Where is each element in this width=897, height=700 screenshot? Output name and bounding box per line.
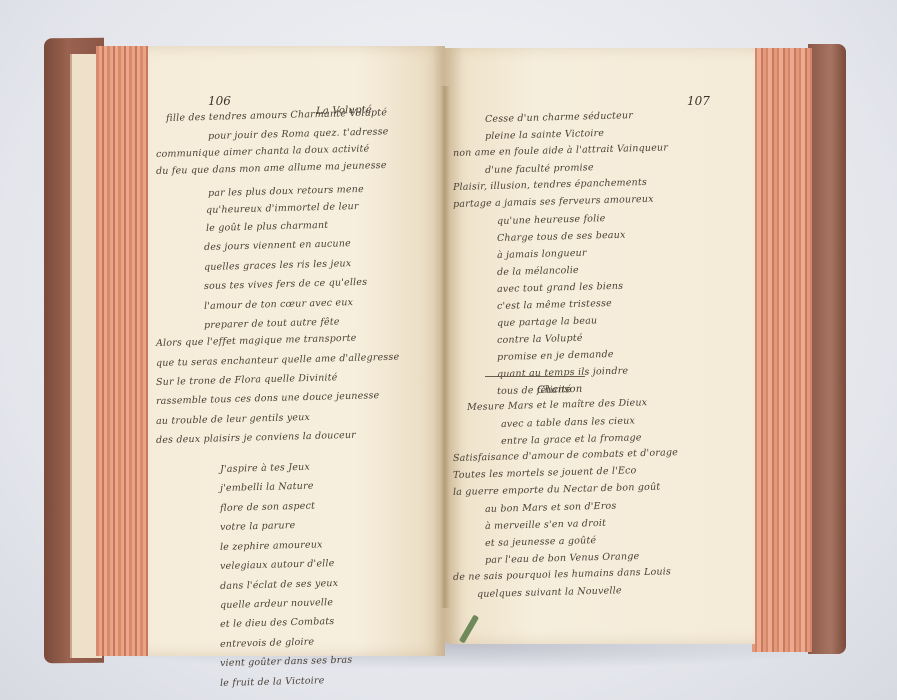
handwritten-line: quant au temps ils joindre xyxy=(497,366,629,380)
handwritten-line: à jamais longueur xyxy=(497,248,587,261)
handwritten-line: rassemble tous ces dons une douce jeunes… xyxy=(156,390,380,407)
red-page-edges-left xyxy=(96,46,148,656)
handwritten-line: par l'eau de bon Venus Orange xyxy=(485,551,640,566)
handwritten-line: qu'une heureuse folie xyxy=(497,213,606,227)
handwritten-line: sous tes vives fers de ce qu'elles xyxy=(204,277,368,292)
handwritten-line: dans l'éclat de ses yeux xyxy=(220,578,339,592)
handwritten-line: quelques suivant la Nouvelle xyxy=(477,585,622,600)
handwritten-line: par les plus doux retours mene xyxy=(208,184,364,199)
left-page: 106 La Volupté fille des tendres amours … xyxy=(148,46,445,656)
handwritten-line: au bon Mars et son d'Eros xyxy=(485,501,617,515)
handwritten-line: que tu seras enchanteur quelle ame d'all… xyxy=(156,352,400,369)
page-number: 106 xyxy=(208,94,231,108)
handwritten-line: pour jouir des Roma quez. t'adresse xyxy=(208,126,389,142)
handwritten-line: communique aimer chanta la doux activité xyxy=(156,143,370,160)
handwritten-line: votre la parure xyxy=(220,520,296,533)
handwritten-line: entre la grace et la fromage xyxy=(501,432,642,447)
handwritten-line: promise en je demande xyxy=(497,349,614,363)
handwritten-line: l'amour de ton cœur avec eux xyxy=(204,297,353,312)
handwritten-line: qu'heureux d'immortel de leur xyxy=(206,201,359,216)
red-page-edges-right xyxy=(752,48,812,652)
handwritten-line: quelles graces les ris les jeux xyxy=(204,258,352,273)
right-page: 107 Cesse d'un charme séducteurpleine la… xyxy=(445,48,755,644)
handwritten-line: de la mélancolie xyxy=(497,265,579,278)
handwritten-line: et sa jeunesse a goûté xyxy=(485,535,597,549)
handwritten-line: Plaisir, illusion, tendres épanchements xyxy=(453,177,647,193)
handwritten-line: pleine la sainte Victoire xyxy=(485,128,604,142)
handwritten-line: des jours viennent en aucune xyxy=(204,238,351,253)
handwritten-line: au trouble de leur gentils yeux xyxy=(156,412,310,427)
handwritten-line: preparer de tout autre fête xyxy=(204,316,340,331)
handwritten-line: des deux plaisirs je conviens la douceur xyxy=(156,430,356,446)
handwritten-line: le goût le plus charmant xyxy=(206,220,329,234)
handwritten-line: à merveille s'en va droit xyxy=(485,518,606,532)
handwritten-line: Alors que l'effet magique me transporte xyxy=(156,333,357,349)
divider xyxy=(485,376,585,377)
handwritten-line: velegiaux autour d'elle xyxy=(220,558,335,572)
handwritten-line: Charge tous de ses beaux xyxy=(497,230,626,244)
handwritten-line: quelle ardeur nouvelle xyxy=(220,597,333,611)
handwritten-line: d'une faculté promise xyxy=(485,162,594,176)
handwritten-line: le zephire amoureux xyxy=(220,539,323,553)
handwritten-line: que partage la beau xyxy=(497,315,598,329)
handwritten-line: non ame en foule aide à l'attrait Vainqu… xyxy=(453,142,668,159)
handwritten-line: flore de son aspect xyxy=(220,501,315,514)
leather-cover-right xyxy=(808,44,846,654)
handwritten-line: Satisfaisance d'amour de combats et d'or… xyxy=(453,447,678,464)
handwritten-line: la guerre emporte du Nectar de bon goût xyxy=(453,482,661,498)
handwritten-line: avec tout grand les biens xyxy=(497,281,624,295)
handwritten-line: c'est la même tristesse xyxy=(497,298,612,312)
handwritten-line: du feu que dans mon ame allume ma jeunes… xyxy=(156,160,387,177)
handwritten-line: Cesse d'un charme séducteur xyxy=(485,110,633,125)
chanson-title: Chanson xyxy=(537,384,583,396)
handwritten-line: Toutes les mortels se jouent de l'Eco xyxy=(453,465,637,481)
handwritten-line: fille des tendres amours Charmante Volup… xyxy=(166,107,387,124)
handwritten-line: et le dieu des Combats xyxy=(220,616,335,630)
handwritten-line: j'embelli la Nature xyxy=(220,481,314,494)
handwritten-line: partage a jamais ses ferveurs amoureux xyxy=(453,194,654,210)
handwritten-line: avec a table dans les cieux xyxy=(501,415,635,430)
handwritten-line: de ne sais pourquoi les humains dans Lou… xyxy=(453,566,671,583)
handwritten-line: J'aspire à tes Jeux xyxy=(220,462,310,475)
handwritten-line: Mesure Mars et le maître des Dieux xyxy=(467,397,648,413)
handwritten-line: contre la Volupté xyxy=(497,333,583,346)
handwritten-line: entrevois de gloire xyxy=(220,637,315,650)
handwritten-line: Sur le trone de Flora quelle Divinité xyxy=(156,372,338,388)
page-number: 107 xyxy=(687,94,710,108)
gutter xyxy=(440,86,450,608)
